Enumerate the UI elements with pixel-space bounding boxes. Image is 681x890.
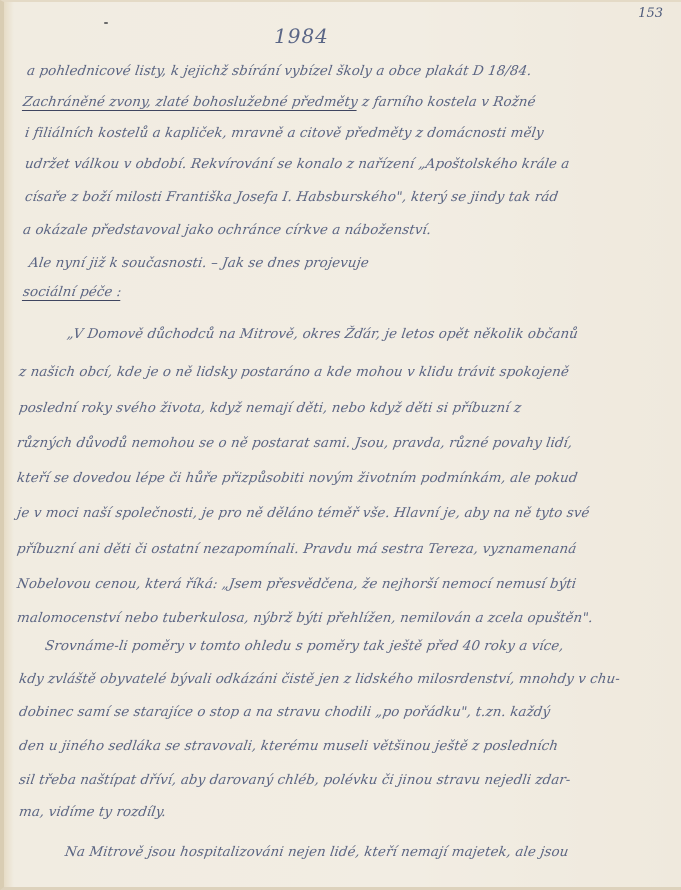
text-line: dobinec samí se starajíce o stop a na st… [18,705,551,720]
text-line: „V Domově důchodců na Mitrově, okres Žďá… [66,327,579,342]
text-line: i filiálních kostelů a kapliček, mravně … [24,126,545,141]
year-heading: 1984 [274,24,329,48]
text-line: ma, vidíme ty rozdíly. [18,805,167,820]
text-line: udržet válkou v období. Rekvírování se k… [24,157,570,172]
page-number: 153 [638,6,663,21]
text-line: sociální péče : [22,285,122,300]
underlined-heading: sociální péče : [22,285,122,300]
text-line: den u jiného sedláka se stravovali, kter… [18,739,559,754]
text-line: Zachráněné zvony, zlaté bohoslužebné pře… [22,95,537,110]
text-line: poslední roky svého života, když nemají … [18,401,522,416]
text-line: Ale nyní již k současnosti. – Jak se dne… [28,256,370,271]
text-line: Na Mitrově jsou hospitalizováni nejen li… [64,845,569,860]
text-line: z našich obcí, kde je o ně lidsky postar… [18,365,570,380]
text-line: císaře z boží milosti Františka Josefa I… [24,190,559,205]
chronicle-page: 153 1984 a pohlednicové listy, k jejichž… [0,0,681,890]
text-line: příbuzní ani děti či ostatní nezapomínal… [16,542,577,557]
text-line: sil třeba naštípat dříví, aby darovaný c… [18,773,571,788]
ink-speck [104,22,108,24]
text-line: a okázale představoval jako ochránce cír… [22,223,432,238]
text-line: malomocenství nebo tuberkulosa, nýbrž bý… [16,611,594,626]
text-line: různých důvodů nemohou se o ně postarat … [16,436,573,451]
text-line: je v moci naší společnosti, je pro ně dě… [16,506,590,521]
text-line: Srovnáme-li poměry v tomto ohledu s pomě… [44,639,565,654]
text-line: Nobelovou cenou, která říká: „Jsem přesv… [16,577,577,592]
text-line: kteří se dovedou lépe či hůře přizpůsobi… [16,471,578,486]
text-fragment: z farního kostela v Rožné [357,95,537,110]
text-line: a pohlednicové listy, k jejichž sbírání … [26,64,533,79]
text-line: kdy zvláště obyvatelé bývali odkázáni či… [18,672,621,687]
underlined-heading: Zachráněné zvony, zlaté bohoslužebné pře… [22,95,359,110]
